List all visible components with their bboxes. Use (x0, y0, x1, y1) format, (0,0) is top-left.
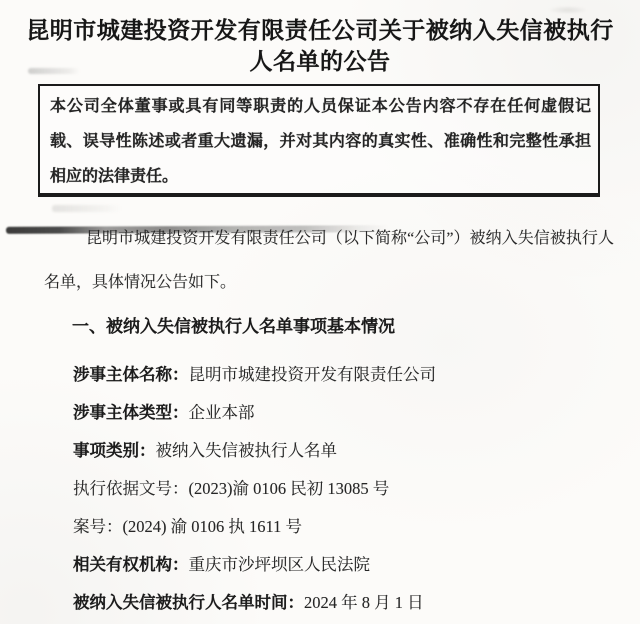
disclaimer-box: 本公司全体董事或具有同等职责的人员保证本公告内容不存在任何虚假记载、误导性陈述或… (38, 84, 600, 197)
item-enforcement-basis-number: 执行依据文号：(2023)渝 0106 民初 13085 号 (73, 470, 620, 508)
scan-artifact-speck (548, 6, 588, 14)
item-subject-type: 涉事主体类型：企业本部 (73, 394, 620, 432)
item-case-number: 案号：(2024) 渝 0106 执 1611 号 (73, 508, 620, 546)
item-value: (2024) 渝 0106 执 1611 号 (123, 517, 303, 536)
item-label: 被纳入失信被执行人名单时间： (73, 594, 304, 612)
item-value: (2023)渝 0106 民初 13085 号 (189, 479, 390, 498)
item-matter-category: 事项类别：被纳入失信被执行人名单 (73, 432, 620, 470)
item-listing-date: 被纳入失信被执行人名单时间：2024 年 8 月 1 日 (73, 584, 620, 622)
item-value: 昆明市城建投资开发有限责任公司 (189, 365, 437, 384)
item-label: 相关有权机构： (73, 556, 189, 574)
item-value: 被纳入失信被执行人名单 (156, 441, 338, 460)
info-item-list: 涉事主体名称：昆明市城建投资开发有限责任公司 涉事主体类型：企业本部 事项类别：… (73, 356, 620, 622)
item-label: 涉事主体名称： (73, 366, 189, 384)
page-title-line-2: 人名单的公告 (20, 46, 620, 77)
page-title-line-1: 昆明市城建投资开发有限责任公司关于被纳入失信被执行 (20, 15, 620, 46)
item-label: 执行依据文号： (73, 479, 189, 498)
item-value: 2024 年 8 月 1 日 (304, 593, 424, 612)
item-label: 事项类别： (73, 442, 156, 460)
page-title: 昆明市城建投资开发有限责任公司关于被纳入失信被执行 人名单的公告 (20, 15, 620, 77)
item-label: 涉事主体类型： (73, 404, 189, 422)
scan-artifact-smudge (52, 205, 122, 212)
section-heading: 一、被纳入失信被执行人名单事项基本情况 (72, 316, 395, 338)
item-value: 企业本部 (189, 403, 255, 422)
disclaimer-text: 本公司全体董事或具有同等职责的人员保证本公告内容不存在任何虚假记载、误导性陈述或… (50, 89, 591, 194)
scanned-announcement-page: 昆明市城建投资开发有限责任公司关于被纳入失信被执行 人名单的公告 本公司全体董事… (0, 0, 640, 624)
intro-paragraph: 昆明市城建投资开发有限责任公司（以下简称“公司”）被纳入失信被执行人名单，具体情… (44, 217, 614, 305)
item-subject-name: 涉事主体名称：昆明市城建投资开发有限责任公司 (73, 356, 620, 394)
item-label: 案号： (73, 517, 123, 536)
item-value: 重庆市沙坪坝区人民法院 (189, 555, 371, 574)
item-authority: 相关有权机构：重庆市沙坪坝区人民法院 (73, 546, 620, 584)
